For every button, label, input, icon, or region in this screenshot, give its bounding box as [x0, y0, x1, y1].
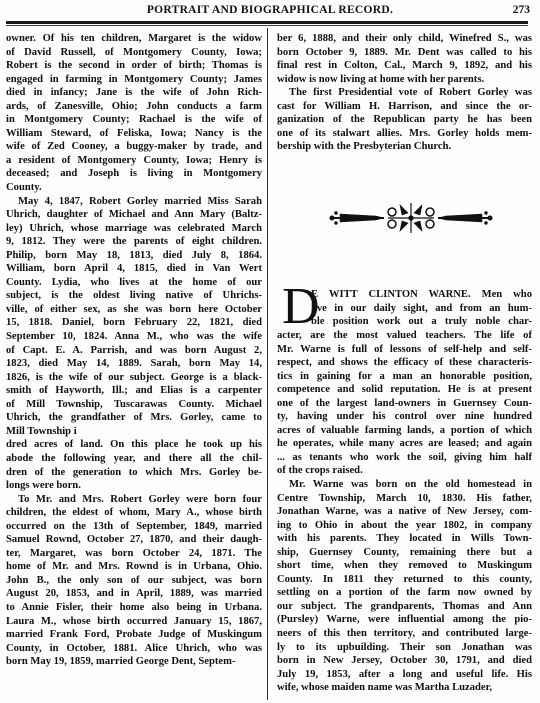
- column-divider: [267, 28, 268, 700]
- text-line: occurred on the 13th of September, 1849,…: [6, 520, 262, 534]
- text-line: County.: [6, 181, 262, 195]
- header-rule-thin: [6, 25, 528, 26]
- text-line: Mill Township i: [6, 425, 262, 439]
- text-line: Uhrich, daughter of Michael and Ann Mary…: [6, 208, 262, 222]
- text-line: acter, are the most valued teachers. The…: [277, 329, 532, 343]
- header-title: PORTRAIT AND BIOGRAPHICAL RECORD.: [0, 4, 540, 16]
- text-line: one of the largest land-owners in Guerns…: [277, 397, 532, 411]
- text-line: died in infancy; Jane is the wife of Joh…: [6, 86, 262, 100]
- right-column-top: ber 6, 1888, and their only child, Winef…: [277, 32, 532, 154]
- text-line: to Annie Fisler, their home also being i…: [6, 601, 262, 615]
- text-line: dren of the generation to which Mrs. Gor…: [6, 466, 262, 480]
- text-line: July 19, 1853, after a long and useful l…: [277, 668, 532, 682]
- text-line: deceased; and Joseph is living in Montgo…: [6, 167, 262, 181]
- text-line: subject, is the oldest living native of …: [6, 289, 262, 303]
- text-line: abode the following year, and there all …: [6, 452, 262, 466]
- text-line: 15, 1818. Daniel, born February 22, 1821…: [6, 316, 262, 330]
- text-line: William Steward, of Feliska, Iowa; Nancy…: [6, 127, 262, 141]
- text-line: smith of Hayworth, Ill.; and Elias is a …: [6, 384, 262, 398]
- text-line: born October 9, 1889. Mr. Dent was calle…: [277, 46, 532, 60]
- text-line: 1823, died May 14, 1889. Sarah, born May…: [6, 357, 262, 371]
- text-line: widow is now living at home with her par…: [277, 73, 532, 87]
- text-line: ter, Margaret, was born October 24, 1871…: [6, 547, 262, 561]
- text-line: August 20, 1853, and in April, 1889, was…: [6, 587, 262, 601]
- text-line: Jonathan Warne, was a native of New Jers…: [277, 505, 532, 519]
- text-line: 9, 1812. They were the parents of eight …: [6, 235, 262, 249]
- text-line: of Mill Township, Tuscarawas County. Mic…: [6, 398, 262, 412]
- text-line: ganization of the Republican party he ha…: [277, 113, 532, 127]
- text-line: cast for William H. Harrison, and since …: [277, 100, 532, 114]
- text-line: ... as tenants who work the soil, giving…: [277, 451, 532, 465]
- text-line: ville, of either sex, as she was born he…: [6, 303, 262, 317]
- header-rule-thick: [6, 21, 528, 24]
- text-line: acres of valuable farming lands, a porti…: [277, 424, 532, 438]
- text-line: Philip, born May 18, 1813, died July 8, …: [6, 249, 262, 263]
- book-page: PORTRAIT AND BIOGRAPHICAL RECORD. 273 ow…: [0, 0, 540, 703]
- text-line: in Montgomery County; Rachael is the wif…: [6, 113, 262, 127]
- page-number: 273: [513, 4, 530, 16]
- text-line: married Frank Ford, Probate Judge of Mus…: [6, 628, 262, 642]
- text-line: final rest in Colton, Cal., March 9, 189…: [277, 59, 532, 73]
- running-header: PORTRAIT AND BIOGRAPHICAL RECORD. 273: [0, 4, 540, 18]
- text-line: Robert is the second in order of birth; …: [6, 59, 262, 73]
- text-line: respect, and shows the efficacy of these…: [277, 356, 532, 370]
- text-line: born May 19, 1859, married George Dent, …: [6, 655, 262, 669]
- text-line: Mr. Warne is full of lessons of self-hel…: [277, 343, 532, 357]
- text-line: with his parents. They located in Wills …: [277, 532, 532, 546]
- text-line: short time, when they removed to Musking…: [277, 559, 532, 573]
- text-line: engaged in farming in Montgomery County;…: [6, 73, 262, 87]
- text-line: a resident of Montgomery County, Iowa; H…: [6, 154, 262, 168]
- text-line: Centre Township, March 10, 1830. His fat…: [277, 492, 532, 506]
- text-line: our subject. The grandparents, Thomas an…: [277, 600, 532, 614]
- text-line: he operates, while many acres are leased…: [277, 437, 532, 451]
- text-line: County, in October, 1881. Alice Uhrich, …: [6, 642, 262, 656]
- text-line: Laura M., whose birth occurred January 1…: [6, 615, 262, 629]
- text-line: competence and solid reputation. He is a…: [277, 383, 532, 397]
- text-line: ards, of Zanesville, Ohio; John conducts…: [6, 100, 262, 114]
- text-line: William, born April 4, 1815, died in Van…: [6, 262, 262, 276]
- text-line: ly to its upbuilding. Their son Jonathan…: [277, 641, 532, 655]
- text-line: children, the eldest of whom, Mary A., w…: [6, 506, 262, 520]
- text-line: ble position work out a truly noble char…: [311, 315, 532, 329]
- text-line: longs were born.: [6, 479, 262, 493]
- text-line: County. Lydia, who lives at the home of …: [6, 276, 262, 290]
- dropcap-paragraph-lines: E WITT CLINTON WARNE. Men wholive in our…: [311, 288, 532, 329]
- text-line: settling on a portion of the farm now ow…: [277, 586, 532, 600]
- text-line: ty, having under his control over nine h…: [277, 410, 532, 424]
- text-line: ber 6, 1888, and their only child, Winef…: [277, 32, 532, 46]
- text-line: The first Presidential vote of Robert Go…: [277, 86, 532, 100]
- text-line: Uhrich, the grandfather of Mrs. Gorley, …: [6, 411, 262, 425]
- text-line: County. In 1811 they returned to this co…: [277, 573, 532, 587]
- right-column-body: acter, are the most valued teachers. The…: [277, 329, 532, 695]
- text-line: born in New Jersey, October 30, 1791, an…: [277, 654, 532, 668]
- text-line: 1826, is the wife of our subject. George…: [6, 371, 262, 385]
- text-line: bership with the Presbyterian Church.: [277, 140, 532, 154]
- text-line: Mr. Warne was born on the old homestead …: [277, 478, 532, 492]
- text-line: owner. Of his ten children, Margaret is …: [6, 32, 262, 46]
- text-line: May 4, 1847, Robert Gorley married Miss …: [6, 195, 262, 209]
- text-line: of David Russell, of Montgomery County, …: [6, 46, 262, 60]
- text-line: ship, Guernsey County, remaining there b…: [277, 546, 532, 560]
- text-line: neers of this then territory, and contri…: [277, 627, 532, 641]
- text-line: E WITT CLINTON WARNE. Men who: [311, 288, 532, 302]
- text-line: tics in gaining for a man an honorable p…: [277, 370, 532, 384]
- text-line: wife of Zed Cooney, a buggy-maker by tra…: [6, 140, 262, 154]
- text-line: John B., the only son of our subject, wa…: [6, 574, 262, 588]
- text-line: of the crops raised.: [277, 464, 532, 478]
- text-line: home of Mr. and Mrs. Rownd is in Urbana,…: [6, 560, 262, 574]
- text-line: To Mr. and Mrs. Robert Gorley were born …: [6, 493, 262, 507]
- text-line: (Pursley) Warne, were influential among …: [277, 613, 532, 627]
- text-line: wife, whose maiden name was Martha Luzad…: [277, 681, 532, 695]
- text-line: of Capt. E. A. Parrish, and was born Aug…: [6, 344, 262, 358]
- text-line: dred acres of land. On this place he too…: [6, 438, 262, 452]
- left-column: owner. Of his ten children, Margaret is …: [6, 32, 262, 669]
- text-line: live in our daily sight, and from an hum…: [311, 302, 532, 316]
- text-line: September 10, 1824. Anna M., who was the…: [6, 330, 262, 344]
- decorative-scroll-ornament-icon: [326, 203, 496, 233]
- text-line: Samuel Rownd, October 27, 1870, and thei…: [6, 533, 262, 547]
- text-line: ley) Uhrich, whose marriage was celebrat…: [6, 222, 262, 236]
- text-line: one of its stalwart allies. Mrs. Gorley …: [277, 127, 532, 141]
- text-line: ing to Ohio in about the year 1802, in c…: [277, 519, 532, 533]
